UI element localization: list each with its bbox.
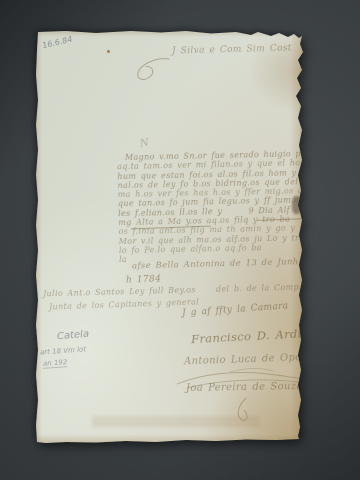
marginal-note: Julio Ant.o Santos Ley full Bey.os del b… — [43, 283, 299, 299]
pen-flourish-icon — [133, 56, 173, 82]
manuscript-paper: 16.6.84 J Silva e Com Sim Cost N Magno v… — [36, 30, 304, 444]
marginal-note-line2: Junta de los Capitanes y general — [49, 297, 199, 311]
archival-photo: { "page": { "background_color": "#3a3f42… — [0, 0, 360, 480]
marginal-note-right: del b. de la Comp — [216, 283, 299, 294]
signature-name1: Francisco D. Ardila — [191, 326, 314, 346]
marginal-note-left: Julio Ant.o Santos Ley full Bey.os — [43, 285, 196, 298]
body-text: Magno v.mo Sn.or fue serado huigio pagio… — [117, 149, 321, 265]
signature-name2: Antonio Luca de Oporto — [184, 352, 318, 368]
fox-spot — [107, 50, 110, 53]
manuscript-paper-wrap: 16.6.84 J Silva e Com Sim Cost N Magno v… — [36, 30, 304, 444]
header-line: J Silva e Com Sim Cost — [172, 43, 292, 56]
opening-mark: N — [139, 137, 150, 149]
signature-name3: Joa Pereira de Souza — [186, 381, 303, 394]
pencil-catalog-title: Catela — [57, 329, 90, 343]
pencil-catalog-line3: an 192 — [43, 358, 68, 369]
dateline-year: h 1784 — [126, 274, 161, 285]
pencil-catalog-line2: art 18 Vm lot — [40, 345, 87, 356]
pencil-date-annotation: 16.6.84 — [41, 35, 73, 51]
signature-tail-flourish-icon — [232, 396, 252, 424]
